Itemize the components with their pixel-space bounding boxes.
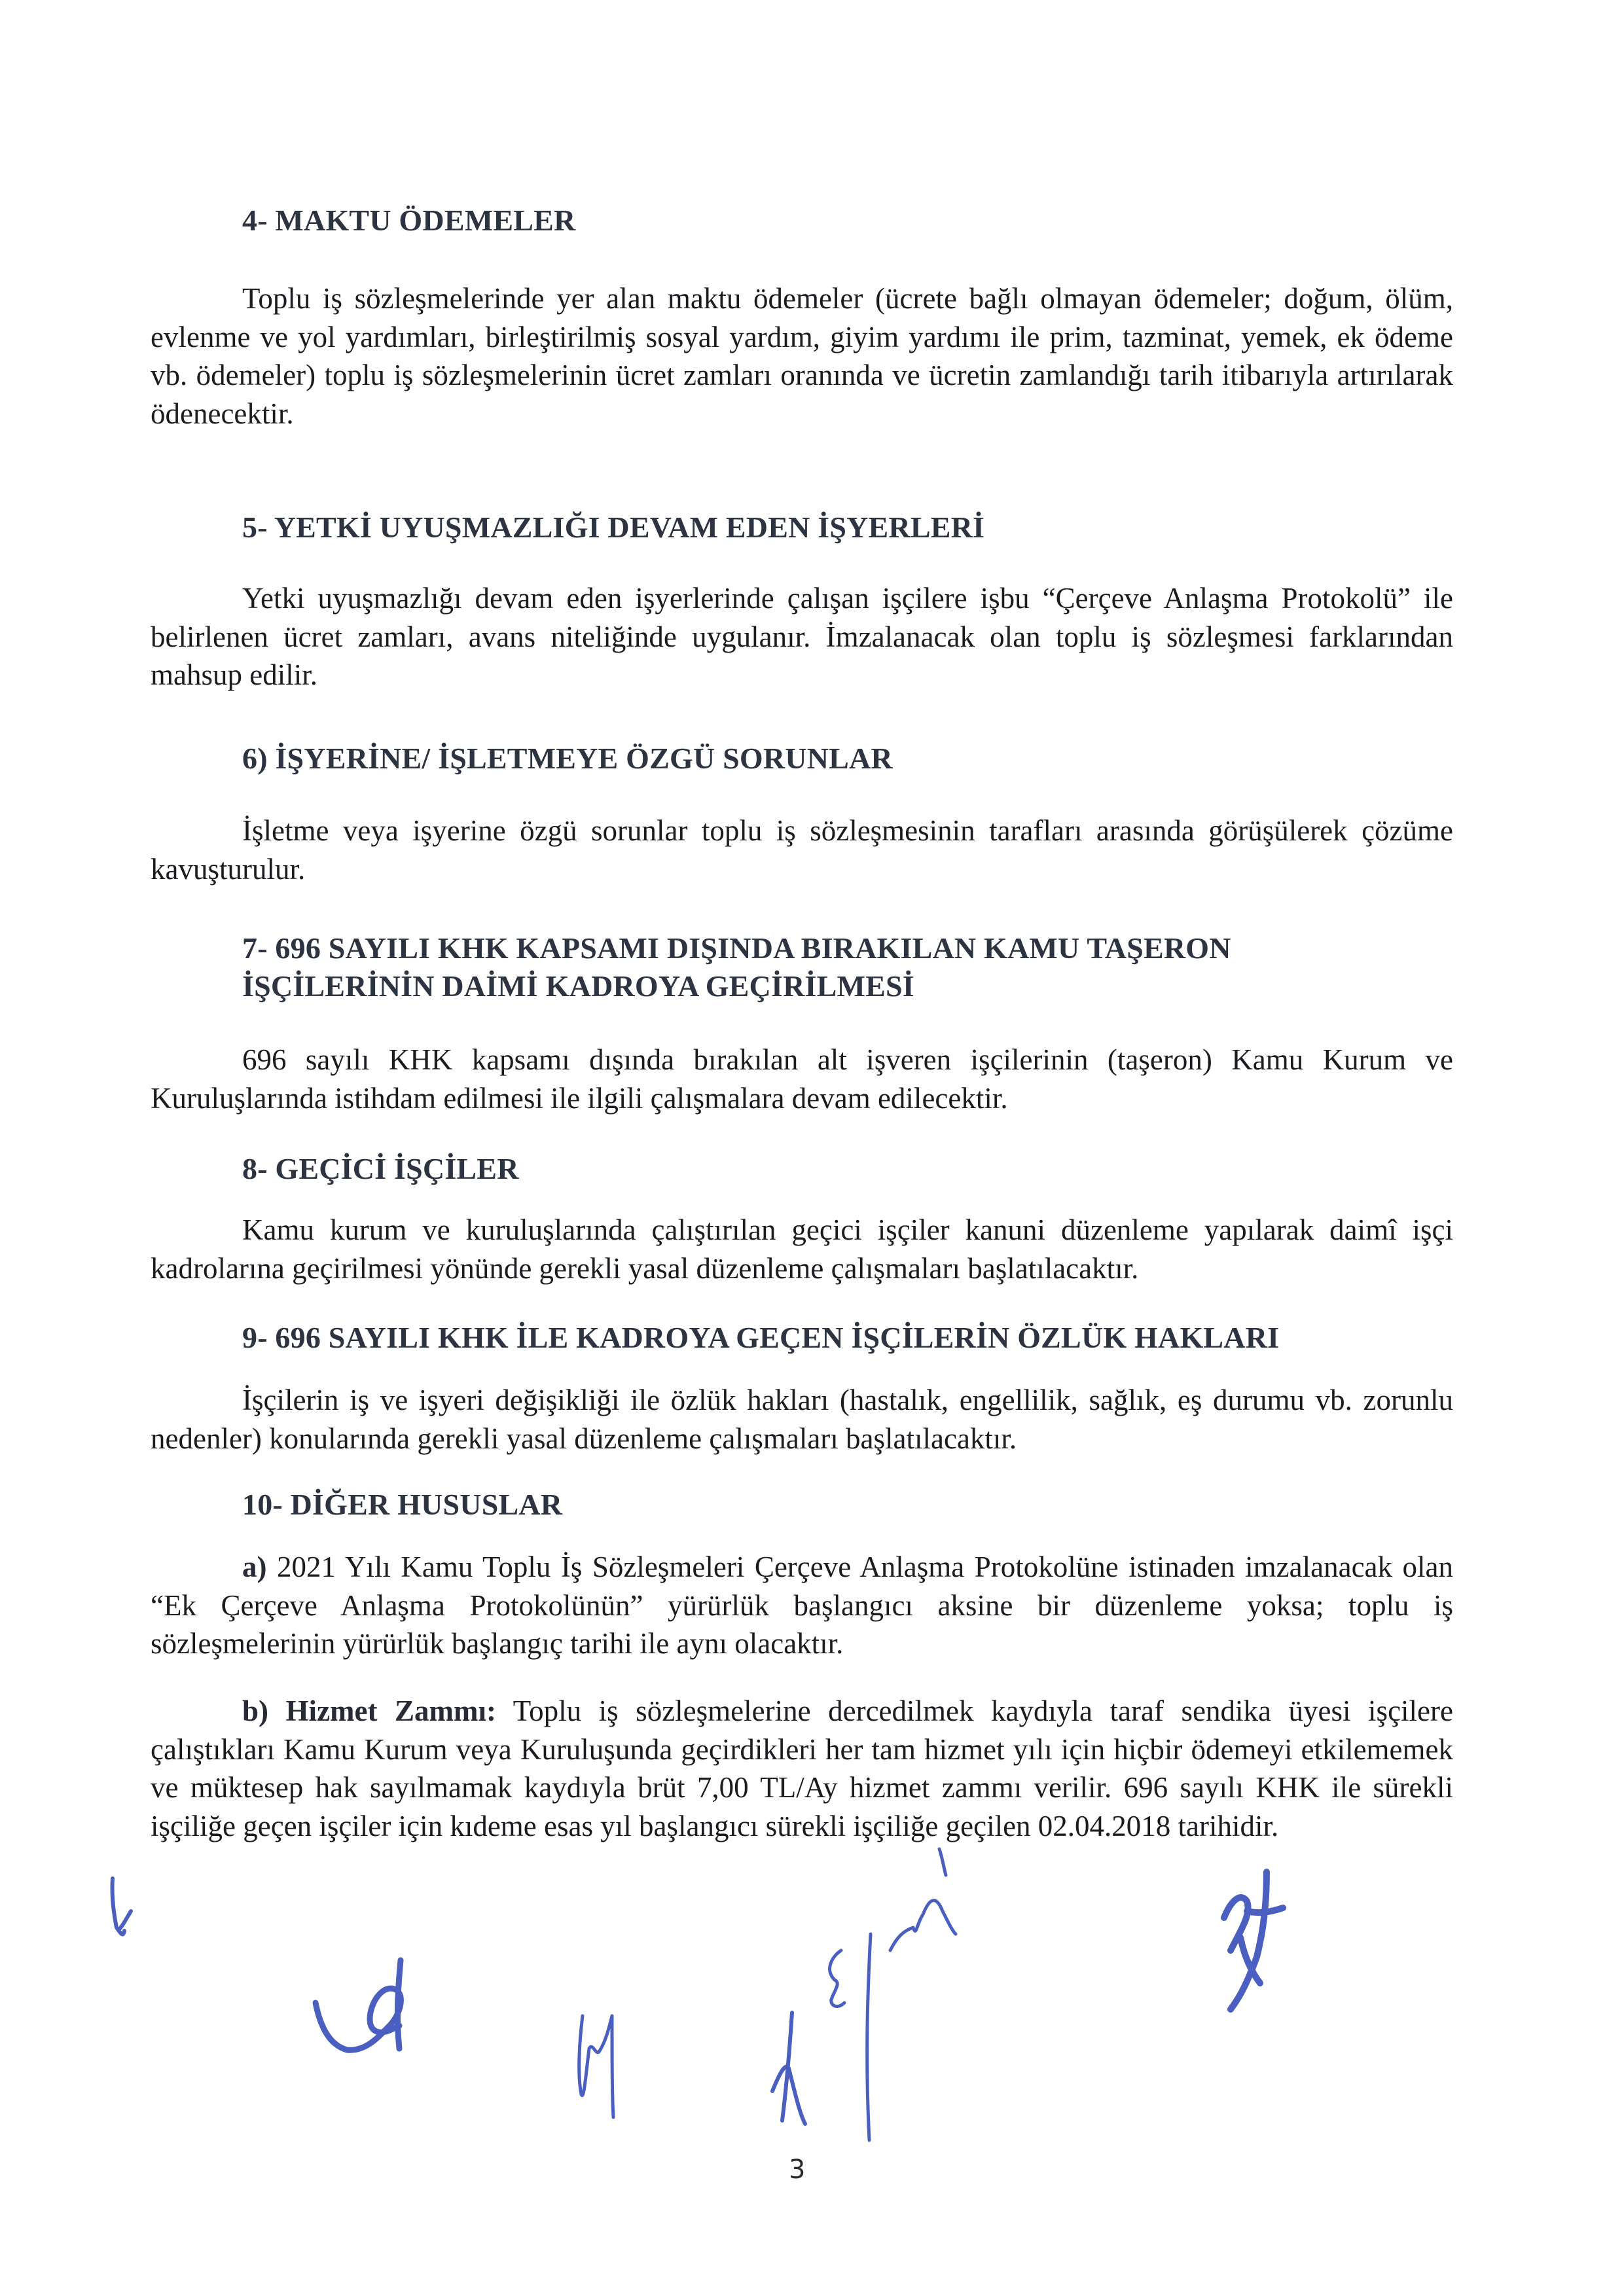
paragraph: Kamu kurum ve kuruluşlarında çalıştırıla… (151, 1211, 1453, 1287)
paragraph: a) 2021 Yılı Kamu Toplu İş Sözleşmeleri … (151, 1548, 1453, 1663)
section-body-gecici-isciler: Kamu kurum ve kuruluşlarında çalıştırıla… (151, 1211, 1453, 1287)
signature-5 (830, 1849, 956, 2140)
paragraph: İşletme veya işyerine özgü sorunlar topl… (151, 812, 1453, 888)
paragraph: Yetki uyuşmazlığı devam eden işyerlerind… (151, 579, 1453, 694)
paragraph: b) Hizmet Zammı: Toplu iş sözleşmelerine… (151, 1692, 1453, 1845)
item-b-hizmet-zammi: b) Hizmet Zammı: Toplu iş sözleşmelerine… (151, 1692, 1453, 1845)
section-body-maktu-odemeler: Toplu iş sözleşmelerinde yer alan maktu … (151, 279, 1453, 433)
section-body-ozluk-haklari: İşçilerin iş ve işyeri değişikliği ile ö… (151, 1381, 1453, 1458)
paragraph: Toplu iş sözleşmelerinde yer alan maktu … (151, 279, 1453, 433)
section-body-taseron-iscileri: 696 sayılı KHK kapsamı dışında bırakılan… (151, 1041, 1453, 1117)
section-heading-yetki-uyusmazligi: 5- YETKİ UYUŞMAZLIĞI DEVAM EDEN İŞYERLER… (242, 509, 1453, 547)
item-text: 2021 Yılı Kamu Toplu İş Sözleşmeleri Çer… (151, 1551, 1453, 1660)
section-body-yetki-uyusmazligi: Yetki uyuşmazlığı devam eden işyerlerind… (151, 579, 1453, 694)
item-label: a) (242, 1551, 267, 1583)
section-heading-gecici-isciler: 8- GEÇİCİ İŞÇİLER (242, 1150, 1453, 1188)
page-number: 3 (789, 2155, 805, 2185)
document-page: 4- MAKTU ÖDEMELER Toplu iş sözleşmelerin… (0, 0, 1624, 2296)
signature-2 (316, 1960, 401, 2050)
paragraph: 696 sayılı KHK kapsamı dışında bırakılan… (151, 1041, 1453, 1117)
signature-6 (1224, 1872, 1283, 2009)
item-label: b) Hizmet Zammı: (242, 1695, 496, 1727)
section-body-isyerine-ozgu-sorunlar: İşletme veya işyerine özgü sorunlar topl… (151, 812, 1453, 888)
section-heading-isyerine-ozgu-sorunlar: 6) İŞYERİNE/ İŞLETMEYE ÖZGÜ SORUNLAR (242, 740, 1453, 778)
item-a-yururluk: a) 2021 Yılı Kamu Toplu İş Sözleşmeleri … (151, 1548, 1453, 1663)
signature-3 (579, 2016, 613, 2117)
section-heading-taseron-iscileri-line2: İŞÇİLERİNİN DAİMİ KADROYA GEÇİRİLMESİ (242, 967, 1453, 1005)
paragraph: İşçilerin iş ve işyeri değişikliği ile ö… (151, 1381, 1453, 1458)
section-heading-taseron-iscileri-line1: 7- 696 SAYILI KHK KAPSAMI DIŞINDA BIRAKI… (242, 929, 1453, 967)
section-heading-diger-hususlar: 10- DİĞER HUSUSLAR (242, 1486, 1453, 1524)
signature-1 (113, 1878, 131, 1934)
section-heading-maktu-odemeler: 4- MAKTU ÖDEMELER (242, 202, 1453, 240)
section-heading-ozluk-haklari: 9- 696 SAYILI KHK İLE KADROYA GEÇEN İŞÇİ… (242, 1319, 1453, 1357)
signature-4 (772, 2013, 805, 2124)
